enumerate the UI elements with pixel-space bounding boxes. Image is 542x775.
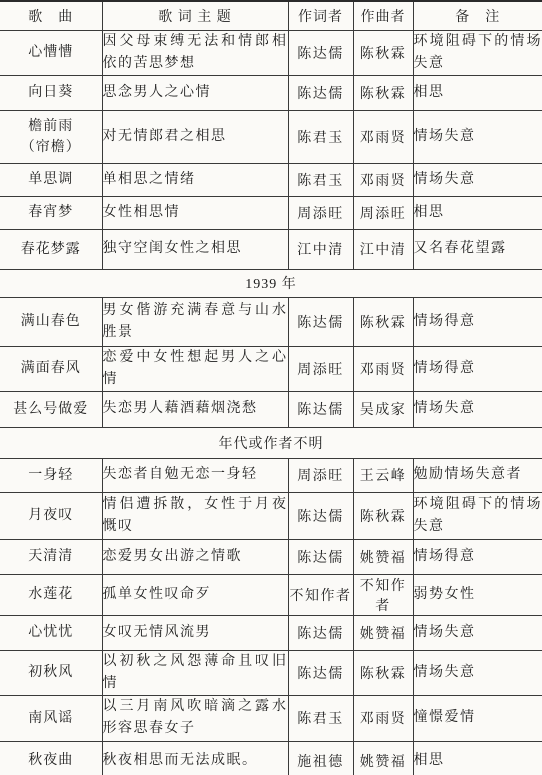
lyricist-cell: 江中清: [288, 229, 353, 269]
theme-cell: 孤单女性叹命歹: [102, 574, 288, 615]
composer-cell: 陈秋霖: [353, 75, 413, 110]
section-title-row: 1939 年: [0, 269, 542, 297]
theme-cell: 女性相思情: [102, 196, 288, 229]
lyricist-cell: 不知作者: [288, 574, 353, 615]
lyricist-cell: 周添旺: [288, 458, 353, 492]
song-cell: 水莲花: [0, 574, 102, 615]
theme-cell: 思念男人之心情: [102, 75, 288, 110]
lyricist-cell: 周添旺: [288, 346, 353, 391]
table-row: 月夜叹 情侣遭拆散，女性于月夜慨叹 陈达儒 陈秋霖 环境阻碍下的情场失意: [0, 492, 542, 539]
song-cell: 天清清: [0, 539, 102, 574]
theme-cell: 因父母束缚无法和情郎相依的苦思梦想: [102, 30, 288, 75]
lyricist-cell: 陈达儒: [288, 391, 353, 427]
table-row: 春宵梦 女性相思情 周添旺 周添旺 相思: [0, 196, 542, 229]
composer-cell: 陈秋霖: [353, 650, 413, 695]
lyricist-cell: 陈达儒: [288, 75, 353, 110]
note-cell: 情场失意: [413, 110, 542, 163]
theme-cell: 以三月南风吹暗滴之露水形容思春女子: [102, 695, 288, 741]
song-cell: 秋夜曲: [0, 741, 102, 775]
note-cell: 情场失意: [413, 615, 542, 650]
note-cell: 情场得意: [413, 539, 542, 574]
song-cell: 单思调: [0, 163, 102, 196]
header-note: 备 注: [413, 1, 542, 30]
lyricist-cell: 陈君玉: [288, 695, 353, 741]
lyricist-cell: 陈达儒: [288, 650, 353, 695]
lyricist-cell: 陈达儒: [288, 492, 353, 539]
song-cell: 檐前雨 （帘檐）: [0, 110, 102, 163]
theme-cell: 失恋男人藉酒藉烟浇愁: [102, 391, 288, 427]
composer-cell: 邓雨贤: [353, 163, 413, 196]
note-cell: 环境阻碍下的情场失意: [413, 30, 542, 75]
scanned-page: 歌 曲 歌 词 主 题 作词者 作曲者 备 注 心慒慒 因父母束缚无法和情郎相依…: [0, 0, 542, 775]
note-cell: 情场失意: [413, 163, 542, 196]
composer-cell: 陈秋霖: [353, 297, 413, 346]
song-cell: 初秋风: [0, 650, 102, 695]
song-cell: 满面春风: [0, 346, 102, 391]
song-cell: 心慒慒: [0, 30, 102, 75]
header-composer: 作曲者: [353, 1, 413, 30]
header-lyricist: 作词者: [288, 1, 353, 30]
lyricist-cell: 陈达儒: [288, 297, 353, 346]
table-row: 水莲花 孤单女性叹命歹 不知作者 不知作者 弱势女性: [0, 574, 542, 615]
theme-cell: 恋爱男女出游之情歌: [102, 539, 288, 574]
theme-cell: 秋夜相思而无法成眠。: [102, 741, 288, 775]
section-title: 年代或作者不明: [0, 427, 542, 458]
theme-cell: 情侣遭拆散，女性于月夜慨叹: [102, 492, 288, 539]
header-row: 歌 曲 歌 词 主 题 作词者 作曲者 备 注: [0, 1, 542, 30]
theme-cell: 女叹无情风流男: [102, 615, 288, 650]
table-row: 满面春风 恋爱中女性想起男人之心情 周添旺 邓雨贤 情场得意: [0, 346, 542, 391]
table-row: 秋夜曲 秋夜相思而无法成眠。 施祖德 姚赞福 相思: [0, 741, 542, 775]
song-cell: 月夜叹: [0, 492, 102, 539]
note-cell: 环境阻碍下的情场失意: [413, 492, 542, 539]
song-cell: 南风谣: [0, 695, 102, 741]
song-cell: 春宵梦: [0, 196, 102, 229]
table-row: 初秋风 以初秋之风怨薄命且叹旧情 陈达儒 陈秋霖 情场失意: [0, 650, 542, 695]
composer-cell: 江中清: [353, 229, 413, 269]
composer-cell: 姚赞福: [353, 741, 413, 775]
theme-cell: 独守空闺女性之相思: [102, 229, 288, 269]
song-cell: 甚么号做爱: [0, 391, 102, 427]
theme-cell: 恋爱中女性想起男人之心情: [102, 346, 288, 391]
note-cell: 相思: [413, 196, 542, 229]
composer-cell: 陈秋霖: [353, 492, 413, 539]
lyricist-cell: 陈君玉: [288, 110, 353, 163]
table-row: 向日葵 思念男人之心情 陈达儒 陈秋霖 相思: [0, 75, 542, 110]
composer-cell: 邓雨贤: [353, 110, 413, 163]
note-cell: 勉励情场失意者: [413, 458, 542, 492]
lyricist-cell: 周添旺: [288, 196, 353, 229]
table-row: 甚么号做爱 失恋男人藉酒藉烟浇愁 陈达儒 吴成家 情场失意: [0, 391, 542, 427]
section-title: 1939 年: [0, 269, 542, 297]
lyricist-cell: 施祖德: [288, 741, 353, 775]
lyricist-cell: 陈达儒: [288, 615, 353, 650]
note-cell: 憧憬爱情: [413, 695, 542, 741]
note-cell: 情场得意: [413, 346, 542, 391]
section-title-row: 年代或作者不明: [0, 427, 542, 458]
theme-cell: 单相思之情绪: [102, 163, 288, 196]
note-cell: 又名春花望露: [413, 229, 542, 269]
song-cell: 心忧忧: [0, 615, 102, 650]
table-row: 春花梦露 独守空闺女性之相思 江中清 江中清 又名春花望露: [0, 229, 542, 269]
table-row: 檐前雨 （帘檐） 对无情郎君之相思 陈君玉 邓雨贤 情场失意: [0, 110, 542, 163]
composer-cell: 姚赞福: [353, 539, 413, 574]
note-cell: 情场失意: [413, 391, 542, 427]
header-theme: 歌 词 主 题: [102, 1, 288, 30]
composer-cell: 不知作者: [353, 574, 413, 615]
song-cell: 满山春色: [0, 297, 102, 346]
composer-cell: 吴成家: [353, 391, 413, 427]
composer-cell: 周添旺: [353, 196, 413, 229]
note-cell: 情场失意: [413, 650, 542, 695]
composer-cell: 王云峰: [353, 458, 413, 492]
lyricist-cell: 陈达儒: [288, 539, 353, 574]
table-row: 单思调 单相思之情绪 陈君玉 邓雨贤 情场失意: [0, 163, 542, 196]
table-row: 满山春色 男女偕游充满春意与山水胜景 陈达儒 陈秋霖 情场得意: [0, 297, 542, 346]
lyricist-cell: 陈君玉: [288, 163, 353, 196]
composer-cell: 陈秋霖: [353, 30, 413, 75]
table-row: 心慒慒 因父母束缚无法和情郎相依的苦思梦想 陈达儒 陈秋霖 环境阻碍下的情场失意: [0, 30, 542, 75]
header-song: 歌 曲: [0, 1, 102, 30]
composer-cell: 姚赞福: [353, 615, 413, 650]
table-row: 心忧忧 女叹无情风流男 陈达儒 姚赞福 情场失意: [0, 615, 542, 650]
theme-cell: 以初秋之风怨薄命且叹旧情: [102, 650, 288, 695]
composer-cell: 邓雨贤: [353, 695, 413, 741]
note-cell: 情场得意: [413, 297, 542, 346]
song-cell: 一身轻: [0, 458, 102, 492]
theme-cell: 失恋者自勉无恋一身轻: [102, 458, 288, 492]
table-row: 南风谣 以三月南风吹暗滴之露水形容思春女子 陈君玉 邓雨贤 憧憬爱情: [0, 695, 542, 741]
note-cell: 弱势女性: [413, 574, 542, 615]
note-cell: 相思: [413, 741, 542, 775]
table-row: 一身轻 失恋者自勉无恋一身轻 周添旺 王云峰 勉励情场失意者: [0, 458, 542, 492]
table-row: 天清清 恋爱男女出游之情歌 陈达儒 姚赞福 情场得意: [0, 539, 542, 574]
songs-table: 歌 曲 歌 词 主 题 作词者 作曲者 备 注 心慒慒 因父母束缚无法和情郎相依…: [0, 0, 542, 775]
song-cell: 向日葵: [0, 75, 102, 110]
lyricist-cell: 陈达儒: [288, 30, 353, 75]
note-cell: 相思: [413, 75, 542, 110]
song-cell: 春花梦露: [0, 229, 102, 269]
composer-cell: 邓雨贤: [353, 346, 413, 391]
theme-cell: 对无情郎君之相思: [102, 110, 288, 163]
theme-cell: 男女偕游充满春意与山水胜景: [102, 297, 288, 346]
